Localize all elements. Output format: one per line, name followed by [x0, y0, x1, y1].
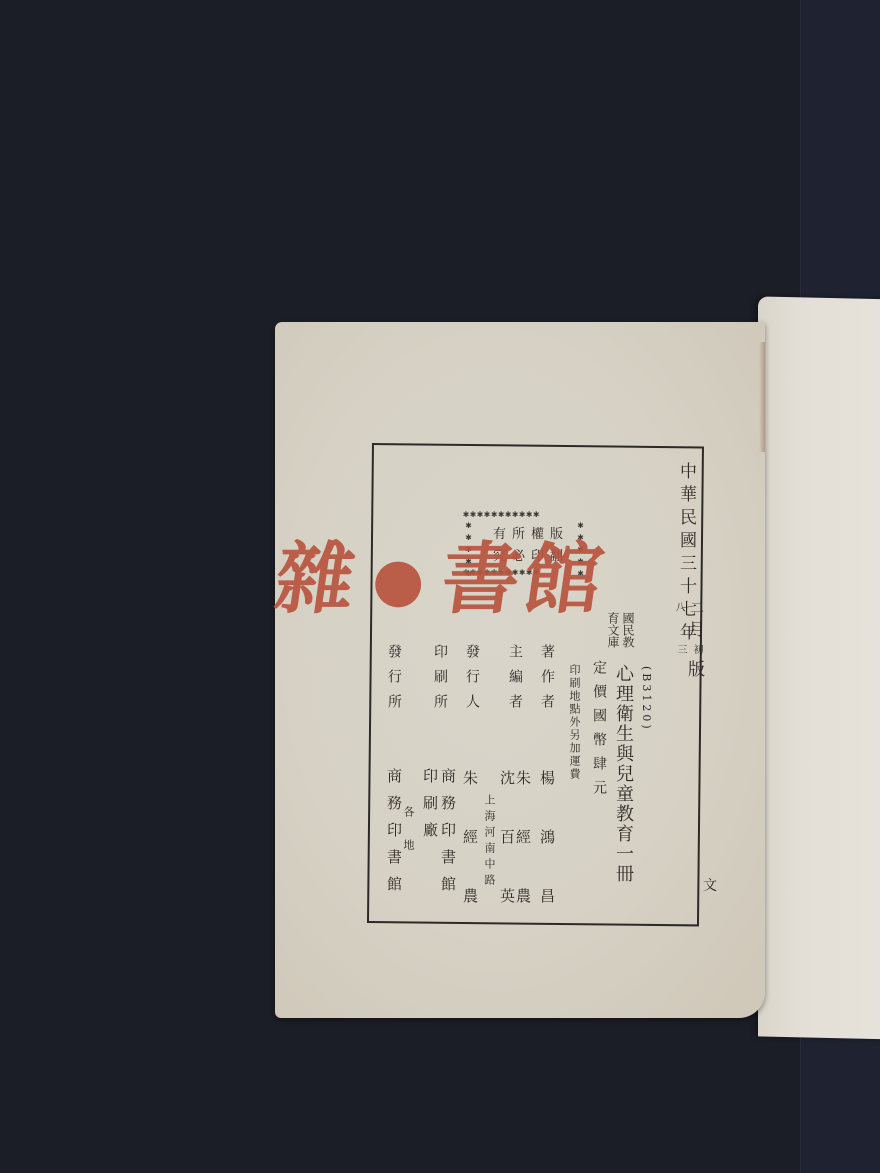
star-border-bottom: ✱✱✱✱✱✱✱✱✱✱✱ — [463, 568, 540, 578]
edition-reprint: 三 — [674, 644, 686, 654]
book-title: 心理衛生與兒童教育一冊 — [612, 664, 634, 884]
publisher-role: 發行人 — [462, 644, 482, 719]
distributor-role: 發行所 — [384, 644, 404, 719]
publisher-address: 上海河南中路 — [481, 794, 497, 890]
catalog-number: (B3120) — [640, 666, 652, 732]
printer-name-col2: 印刷廠 — [420, 768, 441, 849]
edition-month-first: 二 — [686, 600, 706, 614]
copyright-line-1: 版權所有 — [477, 523, 569, 542]
star-border-right: ✱✱✱✱✱ — [575, 520, 585, 580]
price-note: 印刷地點外另加運費 — [566, 664, 582, 781]
edition-first: 初 — [690, 644, 702, 654]
edition-month-reprint: 八 — [672, 602, 684, 612]
edition-month-label: 月 — [682, 620, 707, 637]
author-role: 著作者 — [537, 644, 557, 719]
star-border-top: ✱✱✱✱✱✱✱✱✱✱✱ — [463, 510, 540, 520]
series-name-col2: 育文庫 — [605, 612, 622, 648]
series-name-col1: 國民教 — [620, 612, 637, 648]
copyright-notice: ✱✱✱✱✱✱✱✱✱✱✱ ✱✱✱✱✱✱✱✱✱✱✱ ✱✱✱✱✱ ✱✱✱✱✱ 版權所有… — [463, 510, 583, 576]
editor-name-2: 沈百英 — [497, 770, 518, 947]
printer-role: 印刷所 — [430, 644, 450, 719]
price: 定價國幣肆元 — [589, 660, 609, 804]
printer-name-col1: 商務印書館 — [438, 768, 459, 903]
edition-block: 八 二 月 三 初 版 — [672, 600, 706, 680]
copyright-line-2: 翻印必究 — [477, 545, 569, 564]
facing-page — [758, 296, 880, 1039]
star-border-left: ✱✱✱✱✱ — [463, 520, 473, 580]
edition-label: 版 — [682, 660, 707, 677]
publisher-name: 朱經農 — [460, 770, 481, 947]
page-marker: 文 — [703, 875, 717, 895]
author-name: 楊鴻昌 — [537, 770, 558, 947]
editor-role: 主編者 — [505, 644, 525, 719]
distributor-note: 各地 — [402, 806, 414, 872]
printer-name: 商務印書館 印刷廠 — [420, 768, 460, 918]
